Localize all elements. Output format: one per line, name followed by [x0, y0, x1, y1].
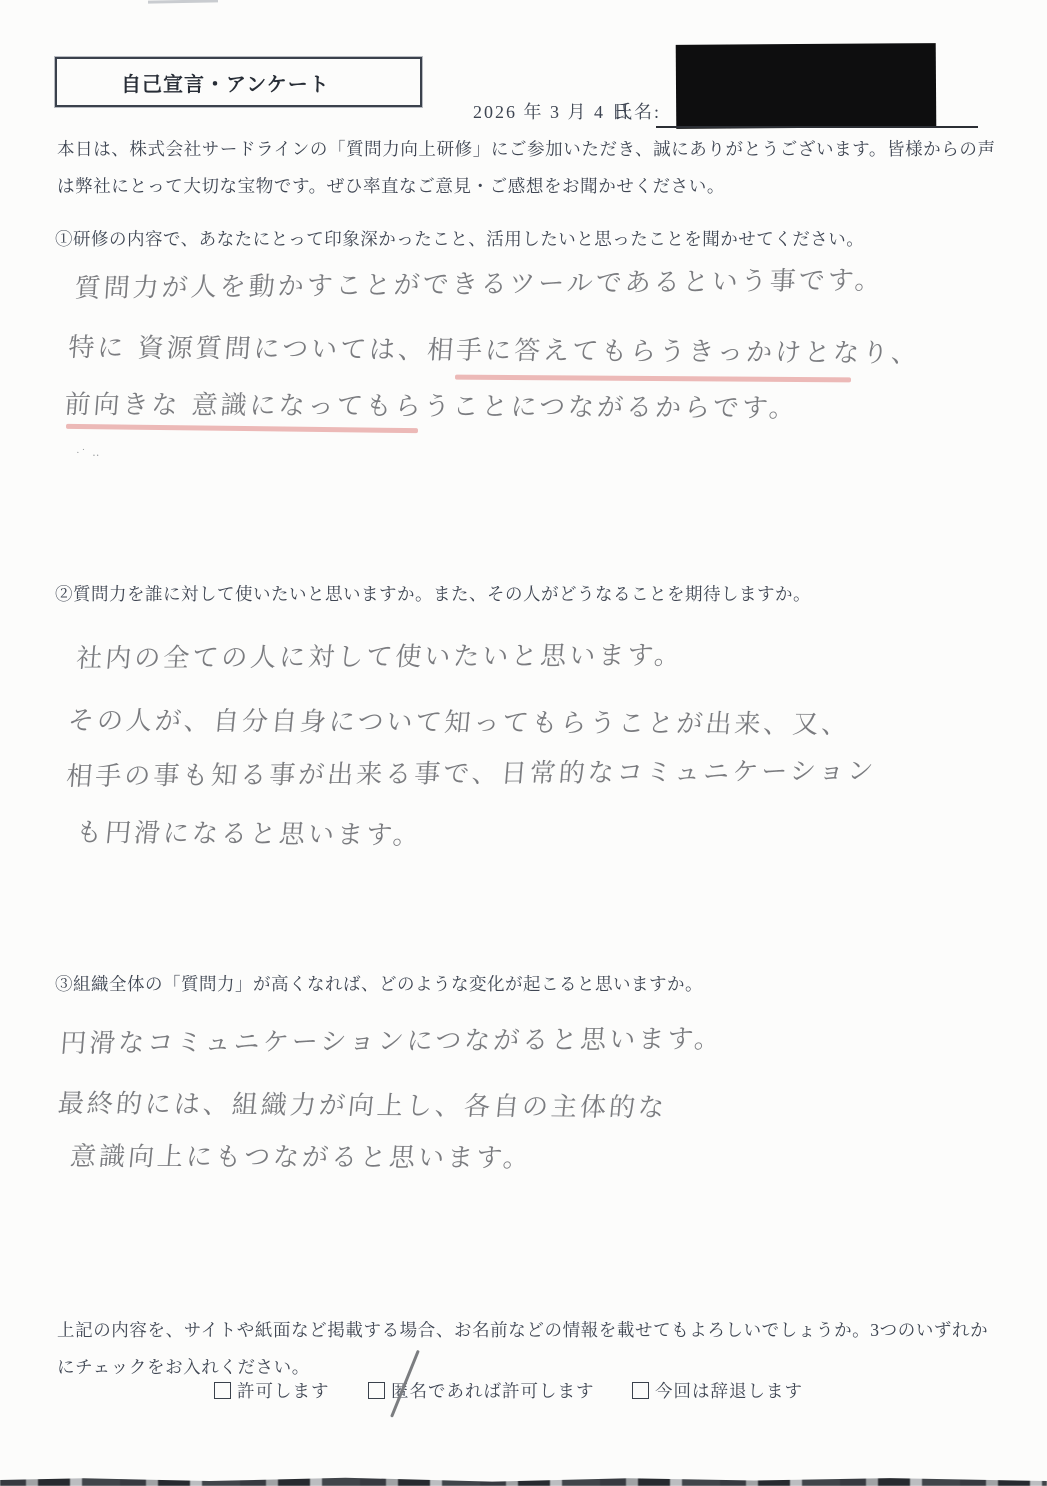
consent-option-decline[interactable]: 今回は辞退します [632, 1378, 803, 1403]
form-title: 自己宣言・アンケート [121, 68, 330, 97]
q2-answer-line-3: 相手の事も知る事が出来る事で、日常的なコミュニケーション [65, 750, 878, 793]
q2-answer-line-1: 社内の全ての人に対して使いたいと思います。 [75, 635, 685, 675]
scanned-questionnaire-page: 自己宣言・アンケート 2026 年 3 月 4 日 氏名: 本日は、株式会社サー… [0, 0, 1047, 1486]
q1-answer-line-3: 前向きな 意識になってもらうことにつながるからです。 [63, 384, 799, 425]
q1-answer-line-2: 特に 資源質問については、相手に答えてもらうきっかけとなり、 [67, 327, 922, 370]
q1-answer-line-1: 質問力が人を動かすことができるツールであるという事です。 [74, 260, 885, 305]
name-redaction-box [676, 43, 937, 129]
highlight-underline-2 [66, 424, 418, 433]
consent-paragraph: 上記の内容を、サイトや紙面など掲載する場合、お名前などの情報を載せてもよろしいで… [57, 1312, 1002, 1386]
checkbox-permit[interactable] [214, 1382, 231, 1399]
intro-paragraph: 本日は、株式会社サードラインの「質問力向上研修」にご参加いただき、誠にありがとう… [57, 131, 997, 205]
name-underline [656, 126, 978, 128]
checkbox-anonymous-checked[interactable] [368, 1382, 385, 1399]
form-title-box: 自己宣言・アンケート [55, 57, 422, 107]
highlight-underline-1 [455, 375, 851, 383]
consent-option-permit[interactable]: 許可します [214, 1378, 330, 1403]
q3-answer-line-1: 円滑なコミュニケーションにつながると思います。 [59, 1018, 725, 1060]
scan-artifact-bottom-edge [0, 1475, 1047, 1486]
q3-answer-line-3: 意識向上にもつながると思います。 [69, 1136, 534, 1175]
q2-answer-line-2: その人が、自分自身について知ってもらうことが出来、又、 [67, 700, 853, 741]
question-2-label: ②質問力を誰に対して使いたいと思いますか。また、その人がどうなることを期待します… [55, 581, 811, 606]
question-1-label: ①研修の内容で、あなたにとって印象深かったこと、活用したいと思ったことを聞かせて… [55, 226, 864, 251]
consent-option-anonymous-label: 匿名であれば許可します [391, 1378, 595, 1403]
q3-answer-line-2: 最終的には、組織力が向上し、各自の主体的な [57, 1083, 669, 1124]
consent-option-decline-label: 今回は辞退します [655, 1378, 803, 1403]
checkbox-decline[interactable] [632, 1382, 649, 1399]
q2-answer-line-4: も円滑になると思います。 [74, 812, 423, 852]
scan-artifact-top [148, 0, 218, 4]
scan-artifact-smudge: ·˙ ‥ [76, 446, 101, 459]
consent-option-permit-label: 許可します [237, 1378, 330, 1403]
name-label: 氏名: [614, 98, 661, 124]
question-3-label: ③組織全体の「質問力」が高くなれば、どのような変化が起こると思いますか。 [55, 971, 703, 996]
date-text: 2026 年 3 月 4 日 [473, 98, 632, 124]
